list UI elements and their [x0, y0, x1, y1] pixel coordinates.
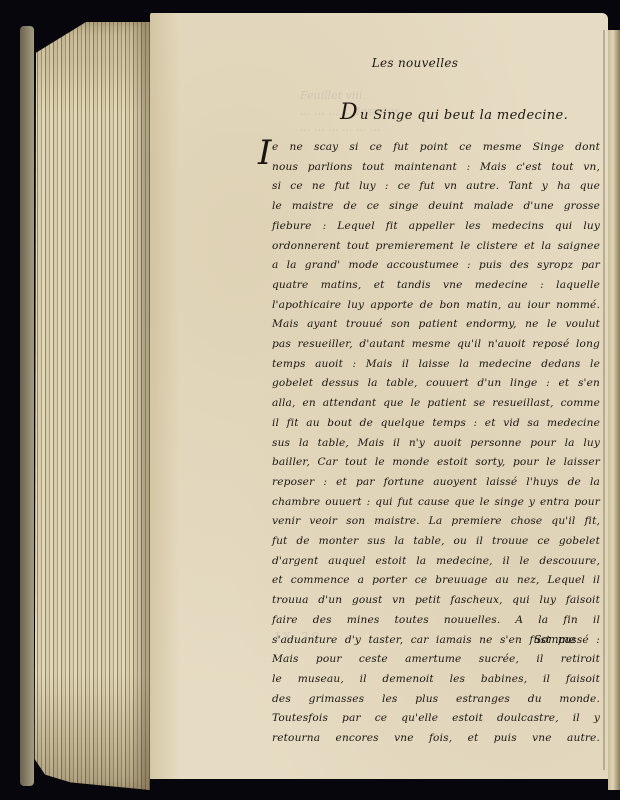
catchword: Somme [534, 633, 576, 646]
book-scan: Feuillet viii. ... ... ... ... Iesuites … [0, 0, 620, 800]
page-block-fore-edge [22, 22, 150, 790]
text-line: il fit au bout de quelque temps : et vid… [272, 414, 600, 434]
text-line: des grimasses les plus estranges du mond… [272, 690, 600, 710]
text-line: e ne scay si ce fut point ce mesme Singe… [272, 138, 600, 158]
text-line: gobelet dessus la table, couuert d'un li… [272, 374, 600, 394]
book-cover-edge [20, 26, 34, 786]
text-line: venir veoir son maistre. La premiere cho… [272, 512, 600, 532]
drop-initial: I [258, 136, 271, 170]
text-line: retourna encores vne fois, et puis vne a… [272, 729, 600, 749]
text-line: reposer : et par fortune auoyent laissé … [272, 473, 600, 493]
chapter-title-initial: D [340, 100, 358, 125]
text-line: Toutesfois par ce qu'elle estoit doulcas… [272, 709, 600, 729]
text-line: nous parlions tout maintenant : Mais c'e… [272, 158, 600, 178]
text-line: ordonnerent tout premierement le clister… [272, 237, 600, 257]
chapter-title-text: u Singe qui beut la medecine. [360, 108, 568, 123]
text-line: chambre ouuert : qui fut cause que le si… [272, 493, 600, 513]
text-line: temps auoit : Mais il laisse la medecine… [272, 355, 600, 375]
text-line: fut de monter sus la table, ou il trouue… [272, 532, 600, 552]
text-line: Mais pour ceste amertume sucrée, il reti… [272, 650, 600, 670]
text-line: le maistre de ce singe deuint malade d'u… [272, 197, 600, 217]
body-text: e ne scay si ce fut point ce mesme Singe… [272, 138, 600, 749]
text-line: faire des mines toutes nouuelles. A la f… [272, 611, 600, 631]
text-line: sus la table, Mais il n'y auoit personne… [272, 434, 600, 454]
text-line: quatre matins, et tandis vne medecine : … [272, 276, 600, 296]
text-line: le museau, il demenoit les babines, il f… [272, 670, 600, 690]
text-line: pas resueiller, d'autant mesme qu'il n'a… [272, 335, 600, 355]
running-head: Les nouvelles [250, 56, 580, 70]
gutter-crease [603, 30, 605, 770]
text-line: l'apothicaire luy apporte de bon matin, … [272, 296, 600, 316]
text-line: bailler, Car tout le monde estoit sorty,… [272, 453, 600, 473]
page-gutter-edge [608, 30, 620, 790]
text-line: alla, en attendant que le patient se res… [272, 394, 600, 414]
text-line: et commence a porter ce breuuage au nez,… [272, 571, 600, 591]
chapter-title: Du Singe qui beut la medecine. [340, 100, 610, 125]
text-line: trouua d'un goust vn petit fascheux, qui… [272, 591, 600, 611]
text-line: si ce ne fut luy : ce fut vn autre. Tant… [272, 177, 600, 197]
text-line: a la grand' mode accoustumee : puis des … [272, 256, 600, 276]
text-line: fiebure : Lequel fit appeller les medeci… [272, 217, 600, 237]
text-line: Mais ayant trouué son patient endormy, n… [272, 315, 600, 335]
text-line: d'argent auquel estoit la medecine, il l… [272, 552, 600, 572]
